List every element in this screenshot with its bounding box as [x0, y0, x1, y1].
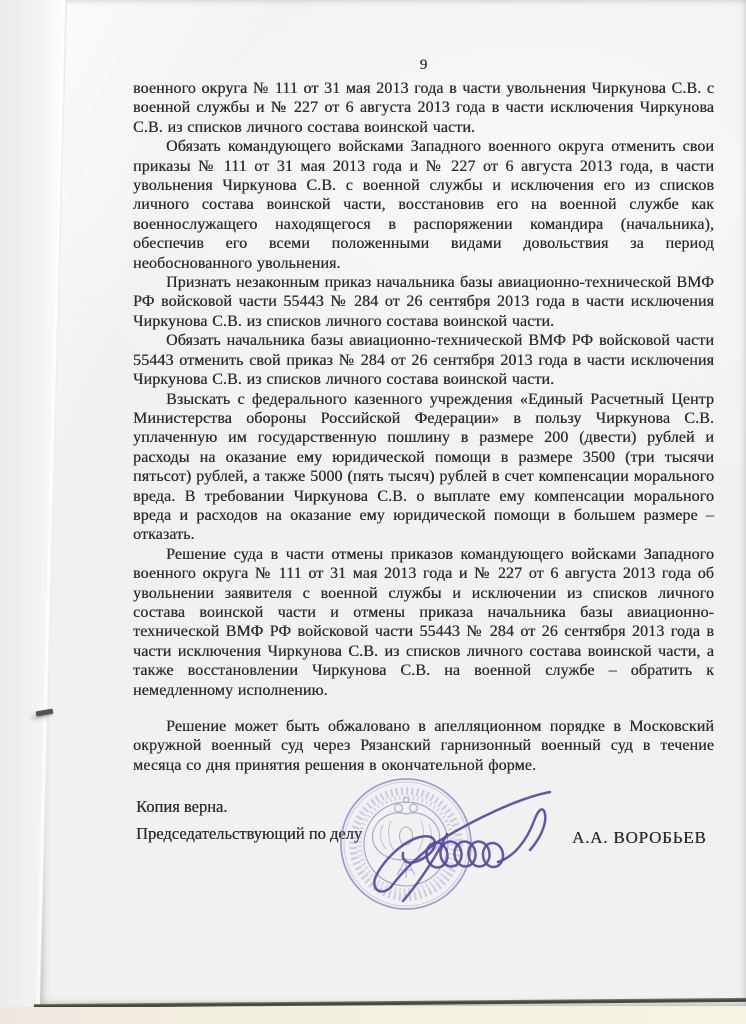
paragraph-5: Взыскать с федерального казенного учрежд… — [133, 390, 714, 545]
closing-block: Копия верна. Председательствующий по дел… — [136, 793, 362, 847]
paragraph-6: Решение суда в части отмены приказов ком… — [133, 545, 714, 700]
paragraph-2: Обязать командующего войсками Западного … — [133, 137, 714, 273]
paragraph-1: военного округа № 111 от 31 мая 2013 год… — [133, 79, 714, 137]
presiding-label: Председательствующий по делу — [136, 820, 362, 847]
scanned-court-decision-page: 9 военного округа № 111 от 31 мая 2013 г… — [0, 0, 746, 1024]
scanner-bed-strip — [0, 1007, 746, 1024]
paragraph-4: Обязать начальника базы авиационно-техни… — [133, 331, 714, 389]
judge-signature — [346, 782, 570, 908]
paragraph-3: Признать незаконным приказ начальника ба… — [133, 273, 714, 331]
paragraph-7: Решение может быть обжаловано в апелляци… — [133, 717, 714, 775]
copy-note: Копия верна. — [136, 793, 362, 820]
judge-name: А.А. ВОРОБЬЕВ — [572, 828, 707, 848]
page-number: 9 — [133, 57, 714, 74]
document-page: 9 военного округа № 111 от 31 мая 2013 г… — [40, 0, 746, 1006]
decision-text: военного округа № 111 от 31 мая 2013 год… — [133, 79, 714, 775]
